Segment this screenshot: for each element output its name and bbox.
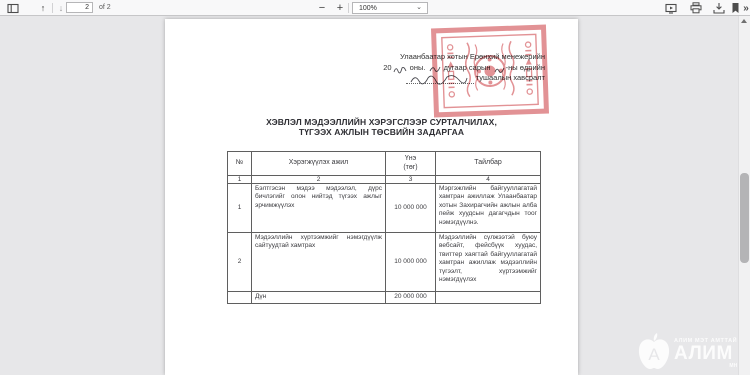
scroll-up-icon[interactable]: [741, 19, 747, 23]
zoom-level-value: 100%: [359, 5, 416, 12]
column-number: 1: [228, 176, 252, 184]
column-number-row: 1 2 3 4: [228, 176, 541, 184]
double-chevron-icon: »: [743, 3, 749, 14]
apple-letter: А: [648, 345, 660, 364]
vertical-scrollbar[interactable]: [738, 16, 750, 375]
page-up-button[interactable]: ↑: [36, 1, 50, 15]
apple-logo-icon: А: [636, 333, 672, 373]
handwriting-year: [393, 65, 407, 74]
zoom-out-icon: −: [319, 2, 325, 15]
zoom-in-icon: +: [337, 2, 343, 15]
scrollbar-thumb[interactable]: [740, 173, 749, 263]
page-up-icon: ↑: [41, 1, 46, 15]
document-page: Улаанбаатар хотын Ерөнхий менежерийн 20 …: [165, 19, 578, 375]
bookmark-icon: [731, 2, 740, 14]
row-price: 10 000 000: [386, 184, 436, 233]
official-stamp-seal: [430, 24, 549, 118]
header-work: Хэрэгжүүлэх ажил: [252, 152, 386, 176]
column-number: 4: [436, 176, 541, 184]
chevron-down-icon: ⌄: [416, 5, 422, 11]
toolbar-divider: [52, 3, 53, 13]
alim-watermark: А АЛИМ МЭТ АМТТАЙ АЛИМ МН: [636, 331, 750, 375]
zoom-level-select[interactable]: 100% ⌄: [352, 2, 428, 14]
print-icon: [690, 2, 702, 14]
page-count-label: of 2: [99, 4, 111, 11]
column-number: 3: [386, 176, 436, 184]
tools-menu-button[interactable]: »: [741, 1, 750, 15]
total-empty: [228, 292, 252, 304]
zoom-out-button[interactable]: −: [315, 1, 329, 15]
budget-table: № Хэрэгжүүлэх ажил Үнэ (төг) Тайлбар 1 2…: [227, 151, 541, 304]
sidebar-toggle-icon: [7, 3, 19, 14]
table-header-row: № Хэрэгжүүлэх ажил Үнэ (төг) Тайлбар: [228, 152, 541, 176]
row-work: Мэдээллийн хүртээмжийг нэмэгдүүлж сайтуу…: [252, 233, 386, 292]
watermark-brand: АЛИМ: [674, 344, 737, 363]
document-title-line-2: ТҮГЭЭХ АЖЛЫН ТӨСВИЙН ЗАДАРГАА: [185, 127, 578, 137]
total-empty: [436, 292, 541, 304]
table-total-row: Дүн 20 000 000: [228, 292, 541, 304]
row-price: 10 000 000: [386, 233, 436, 292]
page-number-input[interactable]: [66, 2, 93, 13]
row-note: Мэдээллийн сүлжээтэй буюу вебсайт, фейсб…: [436, 233, 541, 292]
pdf-viewer: ↑ ↓ of 2 − + 100% ⌄: [0, 0, 750, 375]
watermark-text: АЛИМ МЭТ АМТТАЙ АЛИМ МН: [674, 338, 737, 369]
sidebar-toggle-button[interactable]: [5, 1, 21, 15]
total-label: Дүн: [252, 292, 386, 304]
row-no: 2: [228, 233, 252, 292]
header-no: №: [228, 152, 252, 176]
presentation-mode-icon: [665, 3, 677, 14]
toolbar-divider: [348, 3, 349, 13]
header-price: Үнэ (төг): [386, 152, 436, 176]
table-row: 2 Мэдээллийн хүртээмжийг нэмэгдүүлж сайт…: [228, 233, 541, 292]
column-number: 2: [252, 176, 386, 184]
page-down-icon: ↓: [59, 1, 64, 15]
download-icon: [713, 2, 725, 14]
zoom-in-button[interactable]: +: [333, 1, 347, 15]
presentation-mode-button[interactable]: [663, 1, 679, 15]
pdf-toolbar: ↑ ↓ of 2 − + 100% ⌄: [0, 0, 750, 16]
document-title: ХЭВЛЭЛ МЭДЭЭЛЛИЙН ХЭРЭГСЛЭЭР СУРТАЛЧИЛАХ…: [185, 117, 578, 137]
total-value: 20 000 000: [386, 292, 436, 304]
download-button[interactable]: [711, 1, 727, 15]
header-note: Тайлбар: [436, 152, 541, 176]
document-title-line-1: ХЭВЛЭЛ МЭДЭЭЛЛИЙН ХЭРЭГСЛЭЭР СУРТАЛЧИЛАХ…: [185, 117, 578, 127]
bookmark-button[interactable]: [729, 1, 741, 15]
row-no: 1: [228, 184, 252, 233]
print-button[interactable]: [688, 1, 704, 15]
table-row: 1 Бэлтгэсэн мэдээ мэдээлэл, дүрс бичлэги…: [228, 184, 541, 233]
row-note: Мэргэжлийн байгууллагатай хамтран ажилла…: [436, 184, 541, 233]
row-work: Бэлтгэсэн мэдээ мэдээлэл, дүрс бичлэгийг…: [252, 184, 386, 233]
